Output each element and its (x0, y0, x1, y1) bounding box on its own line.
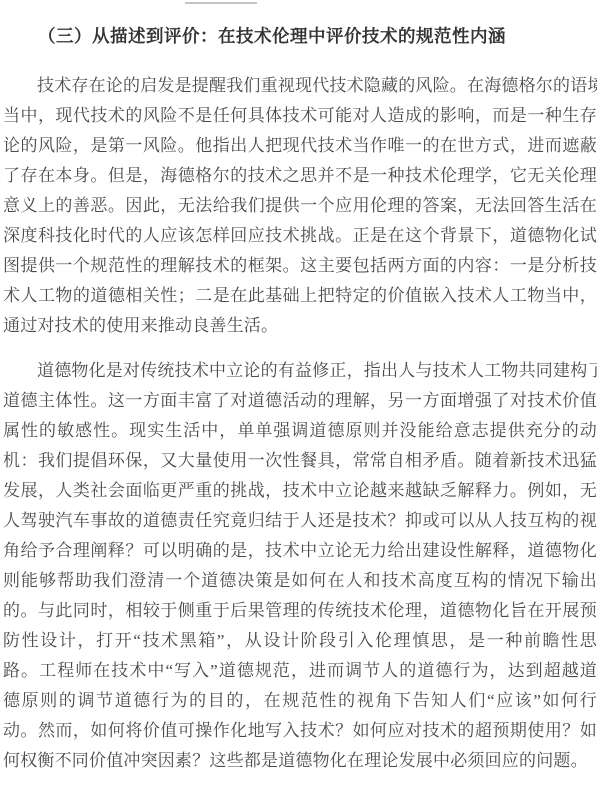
document-page: （三）从描述到评价：在技术伦理中评价技术的规范性内涵 技术存在论的启发是提醒我们… (0, 0, 600, 801)
text-line: 术人工物的道德相关性；二是在此基础上把特定的价值嵌入技术人工物当中， (3, 281, 597, 311)
text-line: 论的风险，是第一风险。他指出人把现代技术当作唯一的在世方式，进而遮蔽 (3, 131, 597, 161)
text-line: 则能够帮助我们澄清一个道德决策是如何在人和技术高度互构的情况下输出 (3, 566, 597, 596)
text-line: 路。工程师在技术中“写入”道德规范，进而调节人的道德行为，达到超越道 (3, 656, 597, 686)
paragraph-moral-materialization: 道德物化是对传统技术中立论的有益修正，指出人与技术人工物共同建构了道德主体性。这… (3, 356, 597, 776)
text-line: 动。然而，如何将价值可操作化地写入技术？如何应对技术的超预期使用？如 (3, 716, 597, 746)
text-line: 属性的敏感性。现实生活中，单单强调道德原则并没能给意志提供充分的动 (3, 416, 597, 446)
text-line: 防性设计，打开“技术黑箱”，从设计阶段引入伦理慎思，是一种前瞻性思 (3, 626, 597, 656)
text-line: 德原则的调节道德行为的目的，在规范性的视角下告知人们“应该”如何行 (3, 686, 597, 716)
text-line: 的。与此同时，相较于侧重于后果管理的传统技术伦理，道德物化旨在开展预 (3, 596, 597, 626)
text-line: 何权衡不同价值冲突因素？这些都是道德物化在理论发展中必须回应的问题。 (3, 746, 597, 776)
text-line: 道德主体性。这一方面丰富了对道德活动的理解，另一方面增强了对技术价值 (3, 386, 597, 416)
text-line: 图提供一个规范性的理解技术的框架。这主要包括两方面的内容：一是分析技 (3, 251, 597, 281)
text-line: 人驾驶汽车事故的道德责任究竟归结于人还是技术？抑或可以从人技互构的视 (3, 506, 597, 536)
text-line: 了存在本身。但是，海德格尔的技术之思并不是一种技术伦理学，它无关伦理 (3, 161, 597, 191)
text-line: 深度科技化时代的人应该怎样回应技术挑战。正是在这个背景下，道德物化试 (3, 221, 597, 251)
text-line: 角给予合理阐释？可以明确的是，技术中立论无力给出建设性解释，道德物化 (3, 536, 597, 566)
section-heading: （三）从描述到评价：在技术伦理中评价技术的规范性内涵 (3, 21, 597, 51)
text-line: 当中，现代技术的风险不是任何具体技术可能对人造成的影响，而是一种生存 (3, 101, 597, 131)
text-line: 道德物化是对传统技术中立论的有益修正，指出人与技术人工物共同建构了 (3, 356, 597, 386)
text-line: 机：我们提倡环保，又大量使用一次性餐具，常常自相矛盾。随着新技术迅猛 (3, 446, 597, 476)
text-line: 意义上的善恶。因此，无法给我们提供一个应用伦理的答案，无法回答生活在 (3, 191, 597, 221)
paragraph-technology-ontology: 技术存在论的启发是提醒我们重视现代技术隐藏的风险。在海德格尔的语境当中，现代技术… (3, 71, 597, 341)
page-top-rule-fragment (185, 2, 257, 4)
text-line: 通过对技术的使用来推动良善生活。 (3, 311, 597, 341)
text-line: 发展，人类社会面临更严重的挑战，技术中立论越来越缺乏解释力。例如，无 (3, 476, 597, 506)
text-line: 技术存在论的启发是提醒我们重视现代技术隐藏的风险。在海德格尔的语境 (3, 71, 597, 101)
